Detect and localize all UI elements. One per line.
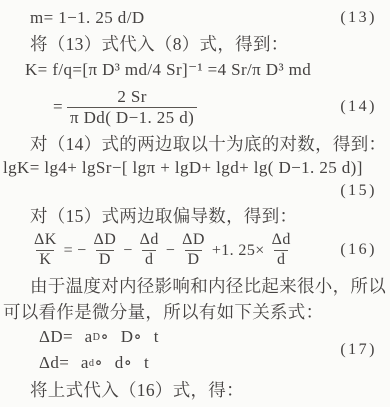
equals-sign: =: [53, 97, 63, 117]
equation-number-14: (14): [340, 98, 384, 116]
paragraph-take-log: 对（14）式的两边取以十为底的对数，得到：: [3, 130, 384, 156]
fraction-dK-K: ΔK K: [31, 231, 60, 269]
scanned-paper-page: m= 1−1. 25 d/D (13) 将（13）式代入（8）式，得到： K= …: [0, 0, 390, 407]
equation-number-15: (15): [340, 182, 384, 200]
fraction-14-numerator: 2 Sr: [114, 87, 149, 107]
equals-sign: =: [64, 240, 73, 260]
fraction-dD-D-2: ΔD D: [179, 231, 208, 269]
equation-13: m= 1−1. 25 d/D: [30, 8, 145, 28]
paragraph-temperature-line2: 可以看作是微分量，所以有如下关系式：: [3, 298, 384, 324]
equation-k: K= f/q=[π D³ md/4 Sr]⁻¹ =4 Sr/π D³ md: [25, 60, 311, 80]
equation-number-16: (16): [340, 241, 384, 259]
equation-13-row: m= 1−1. 25 d/D (13): [3, 6, 384, 30]
equation-15-row: lgK= lg4+ lgSr−[ lgπ + lgD+ lgd+ lg( D−1…: [3, 156, 384, 180]
fraction-14: 2 Sr π Dd( D−1. 25 d): [67, 87, 197, 127]
paragraph-substitute-13: 将（13）式代入（8）式，得到：: [3, 30, 384, 56]
fraction-14-denominator: π Dd( D−1. 25 d): [67, 107, 197, 128]
fraction-dd-d-1: Δd d: [137, 231, 162, 269]
paragraph-temperature-line1: 由于温度对内径影响和内径比起来很小，所以: [3, 272, 384, 298]
fraction-dd-d-2: Δd d: [269, 231, 294, 269]
equation-17-block: ΔD= aD ∘ D∘ t Δd= ad ∘ d∘ t (17): [3, 324, 384, 376]
equation-14-row: = 2 Sr π Dd( D−1. 25 d) (14): [3, 84, 384, 130]
equation-k-row: K= f/q=[π D³ md/4 Sr]⁻¹ =4 Sr/π D³ md: [3, 56, 384, 84]
equation-16-row: ΔK K = − ΔD D − Δd d − ΔD D +1. 25× Δd d…: [3, 228, 384, 272]
plus-coefficient: +1. 25×: [212, 240, 265, 260]
minus-sign: −: [166, 240, 175, 260]
equation-17-lines: ΔD= aD ∘ D∘ t Δd= ad ∘ d∘ t: [3, 324, 159, 376]
equation-number-15-row: (15): [3, 180, 384, 202]
fraction-dD-D-1: ΔD D: [91, 231, 120, 269]
equation-17-line1: ΔD= aD ∘ D∘ t: [3, 324, 159, 350]
minus-sign: −: [77, 240, 86, 260]
equation-15: lgK= lg4+ lgSr−[ lgπ + lgD+ lgd+ lg( D−1…: [3, 158, 363, 178]
equation-number-13: (13): [340, 9, 384, 27]
paragraph-partial-derivative: 对（15）式两边取偏导数，得到：: [3, 202, 384, 228]
equation-number-17: (17): [340, 341, 384, 359]
paragraph-substitute-16: 将上式代入（16）式，得：: [3, 376, 384, 402]
equation-17-line2: Δd= ad ∘ d∘ t: [3, 350, 159, 376]
minus-sign: −: [123, 240, 132, 260]
subscript-D: D: [93, 332, 101, 343]
